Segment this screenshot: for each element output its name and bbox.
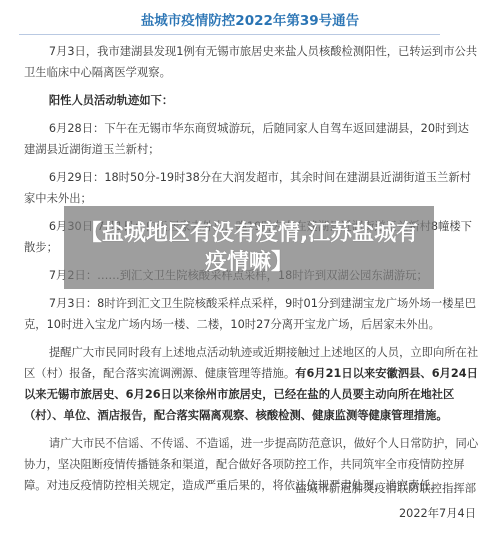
title-separator bbox=[19, 34, 440, 35]
signature-date: 2022年7月4日 bbox=[176, 503, 476, 524]
track-jun28: 6月28日：下午在无锡市华东商贸城游玩，后随同家人自驾车返回建湖县，20时到达建… bbox=[24, 118, 480, 160]
intro-paragraph: 7月3日，我市建湖县发现1例有无锡市旅居史来盐人员核酸检测阳性，已转运到市公共卫… bbox=[24, 41, 480, 83]
track-heading: 阳性人员活动轨迹如下： bbox=[24, 90, 480, 111]
reminder-paragraph: 提醒广大市民同时段有上述地点活动轨迹或近期接触过上述地区的人员，立即向所在社区（… bbox=[24, 342, 480, 426]
track-jun29: 6月29日：18时50分-19时38分在大润发超市，其余时间在建湖县近湖街道玉兰… bbox=[24, 167, 480, 209]
signature-org: 盐城市新冠肺炎疫情联防联控指挥部 bbox=[176, 478, 476, 499]
caption-text: 【盐城地区有没有疫情,江苏盐城有疫情嘛】 bbox=[64, 219, 434, 277]
track-jul3: 7月3日：8时许到汇文卫生院核酸采样点采样，9时01分到建湖宝龙广场外场一楼星巴… bbox=[24, 293, 480, 335]
document-title: 盐城市疫情防控2022年第39号通告 bbox=[0, 9, 500, 29]
caption-overlay: 【盐城地区有没有疫情,江苏盐城有疫情嘛】 bbox=[64, 206, 434, 289]
